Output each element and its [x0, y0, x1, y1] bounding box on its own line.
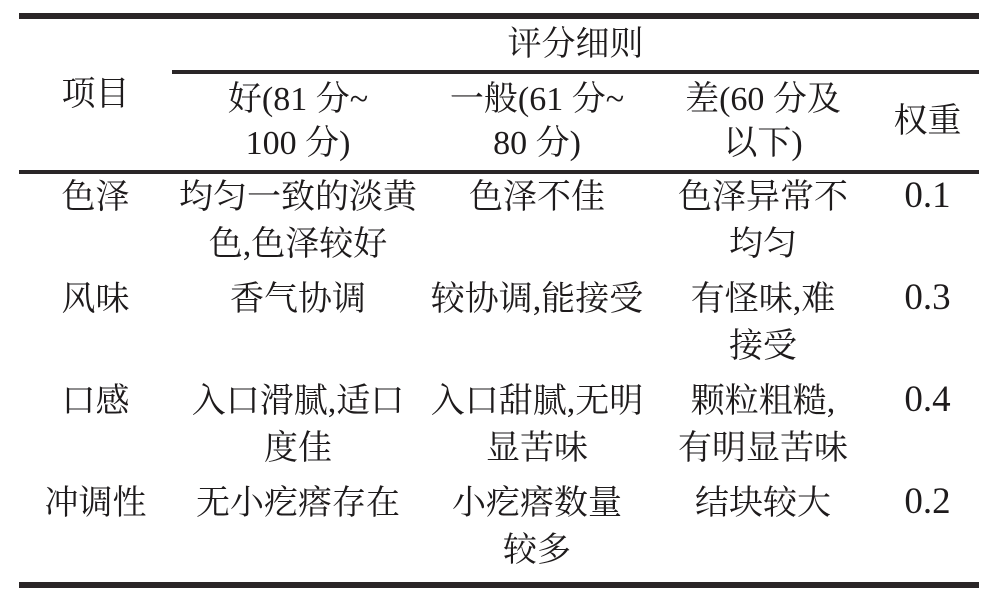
cell-item: 风味 [19, 276, 172, 378]
header-sub-fair: 一般(61 分~ 80 分) [424, 72, 650, 172]
cell-good: 香气协调 [172, 276, 424, 378]
cell-poor: 结块较大 [650, 480, 876, 585]
cell-item: 口感 [19, 378, 172, 480]
header-row-spanner: 项目 评分细则 [19, 16, 979, 72]
table-header: 项目 评分细则 好(81 分~ 100 分) 一般(61 分~ 80 分) 差(… [19, 16, 979, 172]
cell-weight: 0.1 [876, 172, 979, 276]
header-item-cell: 项目 [19, 16, 172, 172]
table-body: 色泽 均匀一致的淡黄 色,色泽较好 色泽不佳 色泽异常不 均匀 0.1 风味 香… [19, 172, 979, 585]
cell-good: 均匀一致的淡黄 色,色泽较好 [172, 172, 424, 276]
table-row: 口感 入口滑腻,适口 度佳 入口甜腻,无明 显苦味 颗粒粗糙, 有明显苦味 0.… [19, 378, 979, 480]
cell-weight: 0.3 [876, 276, 979, 378]
cell-weight: 0.4 [876, 378, 979, 480]
cell-poor: 有怪味,难 接受 [650, 276, 876, 378]
cell-good: 入口滑腻,适口 度佳 [172, 378, 424, 480]
cell-fair: 较协调,能接受 [424, 276, 650, 378]
cell-fair: 入口甜腻,无明 显苦味 [424, 378, 650, 480]
cell-fair: 小疙瘩数量 较多 [424, 480, 650, 585]
cell-weight: 0.2 [876, 480, 979, 585]
table-row: 色泽 均匀一致的淡黄 色,色泽较好 色泽不佳 色泽异常不 均匀 0.1 [19, 172, 979, 276]
cell-fair: 色泽不佳 [424, 172, 650, 276]
cell-item: 色泽 [19, 172, 172, 276]
cell-good: 无小疙瘩存在 [172, 480, 424, 585]
header-spanner-cell: 评分细则 [172, 16, 979, 72]
cell-poor: 颗粒粗糙, 有明显苦味 [650, 378, 876, 480]
table-row: 风味 香气协调 较协调,能接受 有怪味,难 接受 0.3 [19, 276, 979, 378]
scoring-rubric-table: 项目 评分细则 好(81 分~ 100 分) 一般(61 分~ 80 分) 差(… [19, 13, 979, 588]
header-sub-weight: 权重 [876, 72, 979, 172]
header-sub-good: 好(81 分~ 100 分) [172, 72, 424, 172]
page: 项目 评分细则 好(81 分~ 100 分) 一般(61 分~ 80 分) 差(… [0, 0, 996, 605]
header-sub-poor: 差(60 分及 以下) [650, 72, 876, 172]
table-row: 冲调性 无小疙瘩存在 小疙瘩数量 较多 结块较大 0.2 [19, 480, 979, 585]
cell-poor: 色泽异常不 均匀 [650, 172, 876, 276]
cell-item: 冲调性 [19, 480, 172, 585]
